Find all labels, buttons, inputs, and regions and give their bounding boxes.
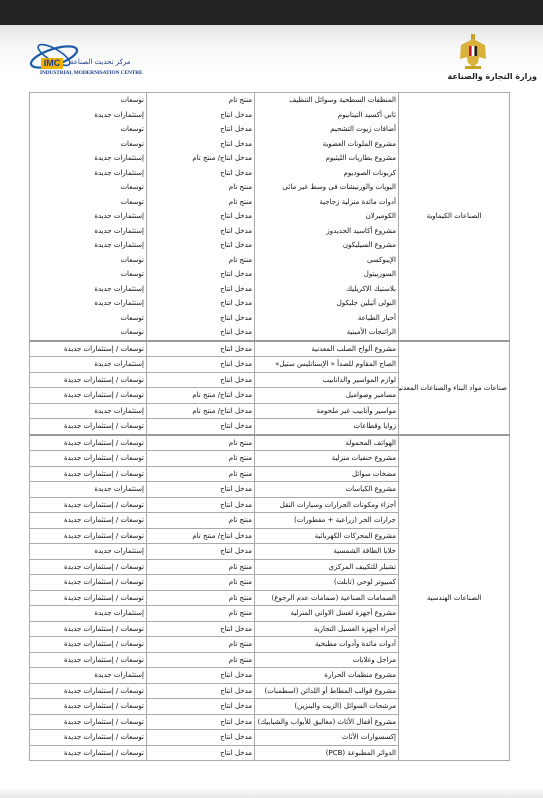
investment-cell: توسعات xyxy=(30,311,147,326)
investment-cell: إستثمارات جديدة xyxy=(30,282,147,297)
stage-cell: مدخل انتاج xyxy=(147,372,255,388)
product-cell: أدوات مائدة منزلية زجاجية xyxy=(255,195,399,210)
investment-cell: إستثمارات جديدة xyxy=(30,224,147,239)
product-cell: أجزاء أجهزة الغسيل التجارية xyxy=(255,621,399,637)
stage-cell: مدخل انتاج xyxy=(147,668,255,684)
product-cell: إكسسوارات الأثاث xyxy=(255,730,399,746)
stage-cell: منتج تام xyxy=(147,195,255,210)
investment-cell: توسعات / إستثمارات جديدة xyxy=(30,559,147,575)
imc-badge: IMC xyxy=(41,58,63,69)
investment-cell: توسعات / إستثمارات جديدة xyxy=(30,372,147,388)
product-cell: الدوائر المطبوعة (PCB) xyxy=(255,745,399,761)
investment-cell: إستثمارات جديدة xyxy=(30,357,147,373)
investment-cell: إستثمارات جديدة xyxy=(30,403,147,419)
product-cell: مشروع حنفيات منزلية xyxy=(255,451,399,467)
product-cell: مراجل وغلايات xyxy=(255,652,399,668)
stage-cell: مدخل انتاج xyxy=(147,224,255,239)
product-cell: أحبار الطباعة xyxy=(255,311,399,326)
investment-cell: توسعات xyxy=(30,137,147,152)
product-cell: مشروع المحركات الكهربائية xyxy=(255,528,399,544)
stage-cell: مدخل انتاج xyxy=(147,745,255,761)
stage-cell: مدخل انتاج xyxy=(147,122,255,137)
product-cell: مشروع منظمات الحرارة xyxy=(255,668,399,684)
product-cell: ثاني أكسيد التيتانيوم xyxy=(255,108,399,123)
investment-cell: توسعات / إستثمارات جديدة xyxy=(30,652,147,668)
product-cell: جرارات الجر (زراعية + مقطورات) xyxy=(255,513,399,529)
stage-cell: مدخل انتاج xyxy=(147,497,255,513)
investment-cell: توسعات / إستثمارات جديدة xyxy=(30,745,147,761)
stage-cell: مدخل انتاج xyxy=(147,238,255,253)
stage-cell: منتج تام xyxy=(147,253,255,268)
product-cell: مشروع الكباسات xyxy=(255,482,399,498)
stage-cell: منتج تام xyxy=(147,93,255,108)
investment-cell: توسعات xyxy=(30,180,147,195)
investment-cell: توسعات xyxy=(30,325,147,341)
viewer-top-bar xyxy=(0,0,543,25)
investment-cell: توسعات xyxy=(30,122,147,137)
product-cell: مرشحات السوائل (الزيت والبنزين) xyxy=(255,699,399,715)
product-cell: زوايا وقطاعات xyxy=(255,419,399,435)
stage-cell: منتج تام xyxy=(147,652,255,668)
product-cell: مشروع ألواح الصلب المعدنية xyxy=(255,341,399,357)
document-header: IMC مركز تحديث الصناعة INDUSTRIAL MODERN… xyxy=(0,25,543,93)
stage-cell: منتج تام xyxy=(147,637,255,653)
product-cell: مضخات سوائل xyxy=(255,466,399,482)
product-cell: مشروع أجهزة لغسل الاواني المنزلية xyxy=(255,606,399,622)
product-cell: مواسير وأنابيب غير ملحومة xyxy=(255,403,399,419)
stage-cell: منتج تام xyxy=(147,451,255,467)
investment-cell: إستثمارات جديدة xyxy=(30,296,147,311)
investment-cell: توسعات / إستثمارات جديدة xyxy=(30,497,147,513)
product-cell: كربونات الصوديوم xyxy=(255,166,399,181)
investment-cell: توسعات / إستثمارات جديدة xyxy=(30,637,147,653)
stage-cell: مدخل انتاج xyxy=(147,621,255,637)
product-cell: بلاستيك الاكريليك xyxy=(255,282,399,297)
product-cell: مشروع أكاسيد الحديدوز xyxy=(255,224,399,239)
sector-cell: صناعات مواد البناء والصناعات المعدنية xyxy=(399,341,510,435)
table-row: الصناعات الهندسيةالهواتف المحمولةمنتج تا… xyxy=(30,435,510,451)
investment-cell: إستثمارات جديدة xyxy=(30,544,147,560)
product-cell: مشروع السيليكون xyxy=(255,238,399,253)
investment-cell: إستثمارات جديدة xyxy=(30,166,147,181)
stage-cell: مدخل انتاج xyxy=(147,341,255,357)
investment-cell: إستثمارات جديدة xyxy=(30,482,147,498)
investment-cell: توسعات / إستثمارات جديدة xyxy=(30,388,147,404)
stage-cell: مدخل انتاج xyxy=(147,296,255,311)
stage-cell: مدخل انتاج xyxy=(147,714,255,730)
product-cell: تشيلر للتكييف المركزي xyxy=(255,559,399,575)
product-cell: لوازم المواسير والدانابيب xyxy=(255,372,399,388)
product-cell: مشروع بطاريات الليثيوم xyxy=(255,151,399,166)
stage-cell: منتج تام xyxy=(147,606,255,622)
stage-cell: مدخل انتاج xyxy=(147,730,255,746)
stage-cell: مدخل انتاج xyxy=(147,108,255,123)
stage-cell: مدخل انتاج xyxy=(147,325,255,341)
stage-cell: مدخل انتاج/ منتج تام xyxy=(147,388,255,404)
product-cell: الإيبوكسى xyxy=(255,253,399,268)
stage-cell: مدخل انتاج xyxy=(147,282,255,297)
investment-cell: توسعات xyxy=(30,195,147,210)
stage-cell: مدخل انتاج/ منتج تام xyxy=(147,528,255,544)
stage-cell: مدخل انتاج/ منتج تام xyxy=(147,403,255,419)
table-row: الصناعات الكيماويةالمنظفات السطحية وسوائ… xyxy=(30,93,510,108)
product-cell: الراتنجات الأمينية xyxy=(255,325,399,341)
table-row: صناعات مواد البناء والصناعات المعدنيةمشر… xyxy=(30,341,510,357)
industries-table: الصناعات الكيماويةالمنظفات السطحية وسوائ… xyxy=(29,92,510,761)
investment-cell: توسعات xyxy=(30,93,147,108)
stage-cell: مدخل انتاج xyxy=(147,683,255,699)
stage-cell: مدخل انتاج xyxy=(147,166,255,181)
product-cell: أضافات زيوت التشحيم xyxy=(255,122,399,137)
investment-cell: توسعات / إستثمارات جديدة xyxy=(30,730,147,746)
product-cell: الصمامات الصناعية (صمامات عدم الرجوع) xyxy=(255,590,399,606)
product-cell: أدوات مائدة وأدوات مطبخية xyxy=(255,637,399,653)
investment-cell: إستثمارات جديدة xyxy=(30,606,147,622)
stage-cell: مدخل انتاج xyxy=(147,137,255,152)
investment-cell: إستثمارات جديدة xyxy=(30,108,147,123)
product-cell: خلايا الطاقة الشمسية xyxy=(255,544,399,560)
investment-cell: توسعات / إستثمارات جديدة xyxy=(30,528,147,544)
product-cell: الصاج المقاوم للصدأ « الإستانليس ستيل» xyxy=(255,357,399,373)
investment-cell: توسعات / إستثمارات جديدة xyxy=(30,699,147,715)
product-cell: مشروع أقفال الأثاث (مغاليق للأبواب والشب… xyxy=(255,714,399,730)
stage-cell: منتج تام xyxy=(147,435,255,451)
stage-cell: منتج تام xyxy=(147,575,255,591)
stage-cell: مدخل انتاج xyxy=(147,699,255,715)
investment-cell: توسعات / إستثمارات جديدة xyxy=(30,466,147,482)
stage-cell: مدخل انتاج xyxy=(147,357,255,373)
investment-cell: توسعات / إستثمارات جديدة xyxy=(30,419,147,435)
stage-cell: منتج تام xyxy=(147,513,255,529)
stage-cell: مدخل انتاج xyxy=(147,311,255,326)
stage-cell: مدخل انتاج/ منتج تام xyxy=(147,151,255,166)
stage-cell: منتج تام xyxy=(147,180,255,195)
egypt-eagle-icon xyxy=(458,33,488,71)
investment-cell: توسعات / إستثمارات جديدة xyxy=(30,513,147,529)
investment-cell: إستثمارات جديدة xyxy=(30,668,147,684)
imc-english-name: INDUSTRIAL MODERNISATION CENTRE xyxy=(40,70,143,76)
investment-cell: توسعات / إستثمارات جديدة xyxy=(30,451,147,467)
product-cell: كمبيوتر لوحي (تابلت) xyxy=(255,575,399,591)
investment-cell: إستثمارات جديدة xyxy=(30,209,147,224)
imc-arabic-name: مركز تحديث الصناعة xyxy=(70,58,131,66)
investment-cell: توسعات xyxy=(30,253,147,268)
stage-cell: مدخل انتاج xyxy=(147,419,255,435)
stage-cell: مدخل انتاج xyxy=(147,267,255,282)
page-bottom-edge xyxy=(0,787,543,798)
ministry-name: وزارة التجارة والصناعة xyxy=(447,72,537,81)
investment-cell: توسعات / إستثمارات جديدة xyxy=(30,683,147,699)
investment-cell: توسعات xyxy=(30,267,147,282)
product-cell: البولى أثيلين جليكول xyxy=(255,296,399,311)
investment-cell: توسعات / إستثمارات جديدة xyxy=(30,590,147,606)
product-cell: البويات والورنيشات فى وسط غير مائى xyxy=(255,180,399,195)
investment-cell: توسعات / إستثمارات جديدة xyxy=(30,435,147,451)
imc-logo: IMC مركز تحديث الصناعة INDUSTRIAL MODERN… xyxy=(26,41,138,81)
stage-cell: منتج تام xyxy=(147,590,255,606)
product-cell: أجزاء ومكونات الجرارات وسيارات النقل xyxy=(255,497,399,513)
stage-cell: منتج تام xyxy=(147,559,255,575)
investment-cell: توسعات / إستثمارات جديدة xyxy=(30,575,147,591)
investment-cell: إستثمارات جديدة xyxy=(30,151,147,166)
stage-cell: مدخل انتاج xyxy=(147,482,255,498)
sector-cell: الصناعات الهندسية xyxy=(399,435,510,761)
product-cell: الهواتف المحمولة xyxy=(255,435,399,451)
product-cell: مشروع الملونات العضوية xyxy=(255,137,399,152)
product-cell: مشروع قوالب المطاط أو اللدائن (اسطمبات) xyxy=(255,683,399,699)
investment-cell: توسعات / إستثمارات جديدة xyxy=(30,341,147,357)
investment-cell: توسعات / إستثمارات جديدة xyxy=(30,714,147,730)
product-cell: السوربيتول xyxy=(255,267,399,282)
product-cell: الكومبرلان xyxy=(255,209,399,224)
stage-cell: منتج تام xyxy=(147,466,255,482)
product-cell: المنظفات السطحية وسوائل التنظيف xyxy=(255,93,399,108)
stage-cell: مدخل انتاج xyxy=(147,544,255,560)
investment-cell: توسعات / إستثمارات جديدة xyxy=(30,621,147,637)
product-cell: مسامير وصواميل xyxy=(255,388,399,404)
table-body: الصناعات الكيماويةالمنظفات السطحية وسوائ… xyxy=(30,93,510,761)
investment-cell: إستثمارات جديدة xyxy=(30,238,147,253)
stage-cell: مدخل انتاج xyxy=(147,209,255,224)
sector-cell: الصناعات الكيماوية xyxy=(399,93,510,341)
